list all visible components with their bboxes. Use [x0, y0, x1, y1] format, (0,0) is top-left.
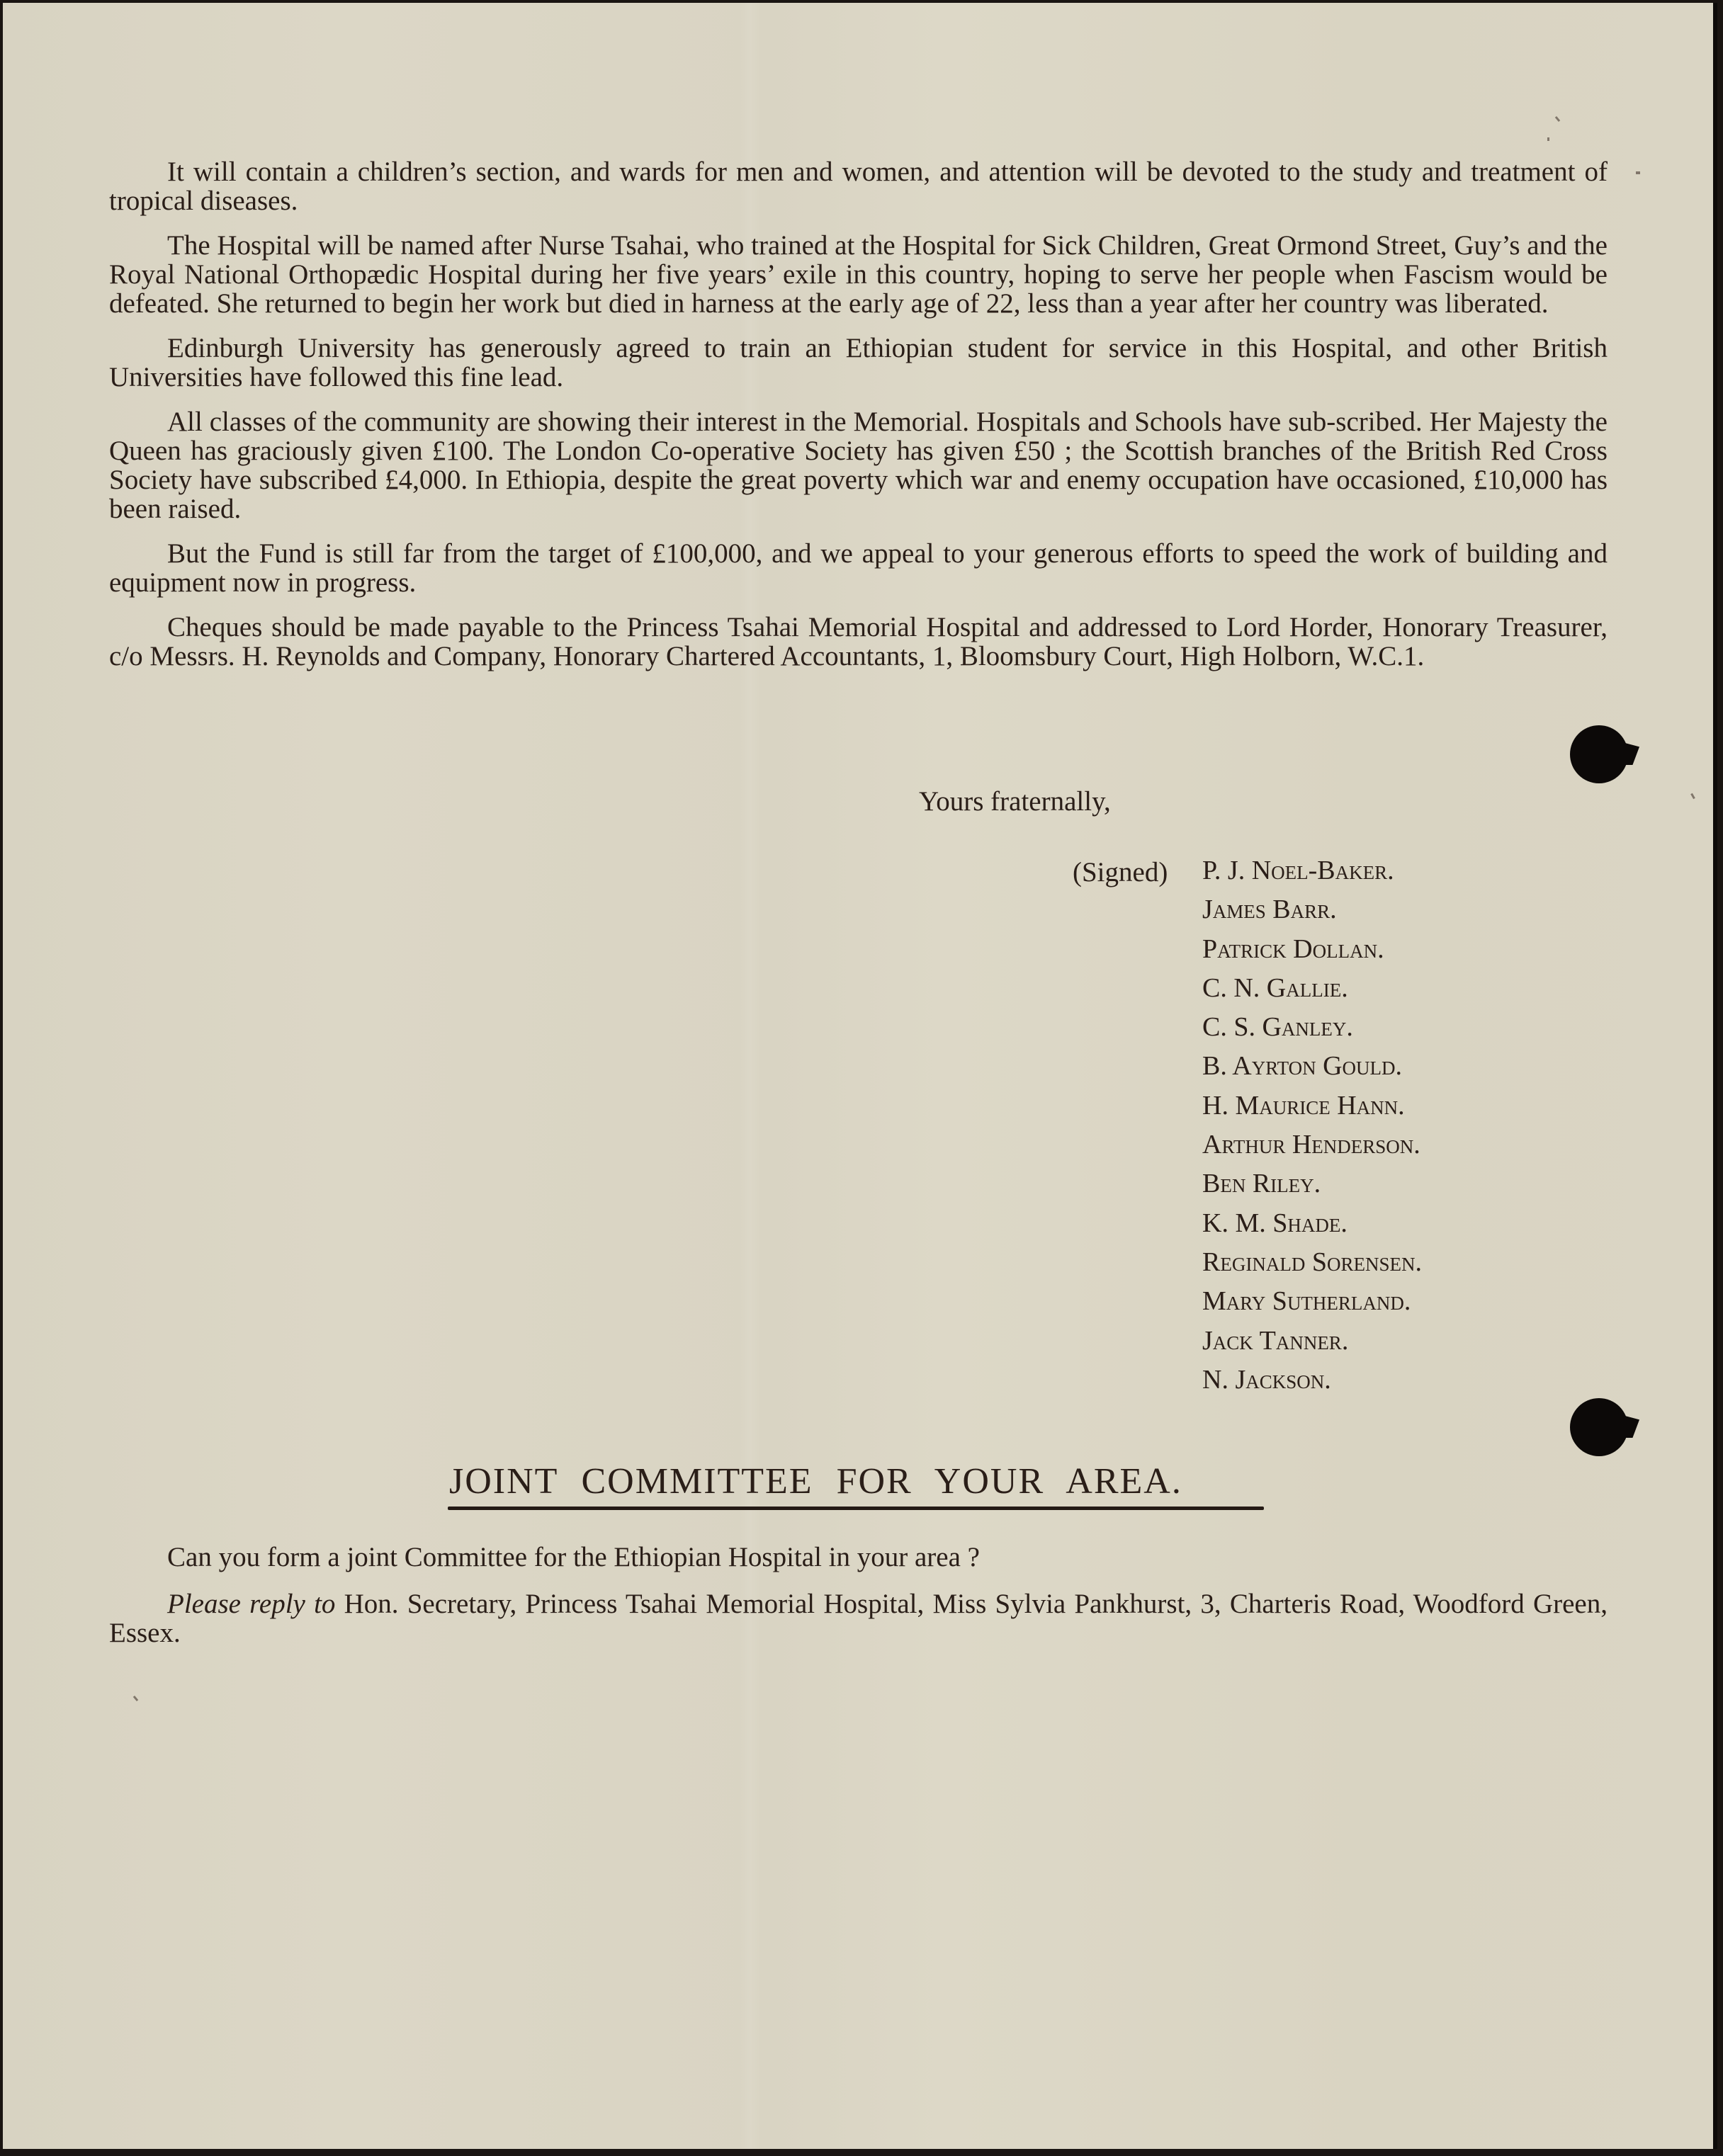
signatory: Reginald Sorensen. [1202, 1247, 1422, 1286]
paragraph-cheques: Cheques should be made payable to the Pr… [109, 613, 1608, 671]
signatory: P. J. Noel-Baker. [1202, 855, 1422, 894]
signatory: James Barr. [1202, 894, 1422, 933]
committee-section: Can you form a joint Committee for the E… [109, 1543, 1608, 1647]
paper-speck [1555, 116, 1560, 122]
signed-label: (Signed) [1073, 856, 1168, 888]
paragraph-edinburgh: Edinburgh University has generously agre… [109, 334, 1608, 392]
heading-underline [448, 1507, 1264, 1510]
paragraph-fund-target: But the Fund is still far from the targe… [109, 539, 1608, 597]
signatory: H. Maurice Hann. [1202, 1090, 1422, 1129]
paper-speck [1690, 793, 1695, 799]
closing-salutation: Yours fraternally, [919, 785, 1111, 817]
paragraph-subscriptions: All classes of the community are showing… [109, 407, 1608, 523]
paper-speck [133, 1696, 138, 1701]
paper-speck [1547, 137, 1549, 141]
paragraph-nurse-tsahai: The Hospital will be named after Nurse T… [109, 231, 1608, 318]
signatory: C. N. Gallie. [1202, 972, 1422, 1011]
signatory: Patrick Dollan. [1202, 934, 1422, 972]
signatory: Jack Tanner. [1202, 1325, 1422, 1364]
reply-prefix: Please reply to [167, 1589, 335, 1619]
committee-question: Can you form a joint Committee for the E… [109, 1543, 1608, 1572]
signatory: Mary Sutherland. [1202, 1286, 1422, 1324]
document-page: It will contain a children’s section, an… [3, 3, 1717, 2149]
reply-instructions: Please reply to Hon. Secretary, Princess… [109, 1589, 1608, 1647]
paper-speck [1636, 171, 1640, 174]
punch-hole-upper [1570, 725, 1628, 783]
signatory: N. Jackson. [1202, 1364, 1422, 1403]
signatory: B. Ayrton Gould. [1202, 1050, 1422, 1089]
section-heading: JOINT COMMITTEE FOR YOUR AREA. [449, 1460, 1182, 1502]
paragraph-wards: It will contain a children’s section, an… [109, 157, 1608, 215]
signatory: Ben Riley. [1202, 1168, 1422, 1207]
signatory: C. S. Ganley. [1202, 1011, 1422, 1050]
punch-hole-lower [1570, 1398, 1628, 1456]
signatory-list: P. J. Noel-Baker. James Barr. Patrick Do… [1202, 855, 1422, 1403]
signatory: K. M. Shade. [1202, 1208, 1422, 1247]
signatory: Arthur Henderson. [1202, 1129, 1422, 1168]
letter-body: It will contain a children’s section, an… [109, 157, 1608, 671]
